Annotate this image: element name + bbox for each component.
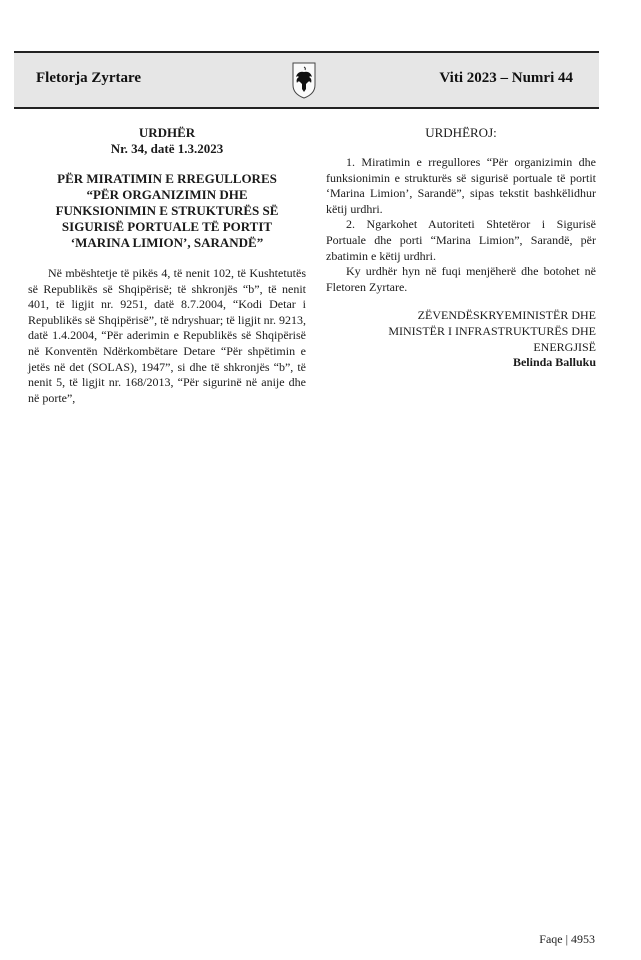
document-title: PËR MIRATIMIN E RREGULLORES “PËR ORGANIZ… (28, 171, 306, 251)
signatory-title-line: ZËVENDËSKRYEMINISTËR DHE (326, 308, 596, 324)
issue-number: Viti 2023 – Numri 44 (439, 70, 573, 87)
signatory-title-line: ENERGJISË (326, 340, 596, 356)
document-title-line: SIGURISË PORTUALE TË PORTIT (28, 219, 306, 235)
publication-name: Fletorja Zyrtare (36, 70, 141, 87)
order-item-2: 2. Ngarkohet Autoriteti Shtetëror i Sigu… (326, 217, 596, 264)
page-header: Fletorja Zyrtare Viti 2023 – Numri 44 (14, 51, 599, 109)
document-title-line: “PËR ORGANIZIMIN DHE (28, 187, 306, 203)
page-number: Faqe | 4953 (539, 932, 595, 947)
signatory-name: Belinda Balluku (326, 355, 596, 371)
document-title-line: PËR MIRATIMIN E RREGULLORES (28, 171, 306, 187)
document-number: Nr. 34, datë 1.3.2023 (28, 141, 306, 157)
document-type: URDHËR (28, 125, 306, 141)
order-item-1: 1. Miratimin e rregullores “Për organizi… (326, 155, 596, 217)
left-column: URDHËR Nr. 34, datë 1.3.2023 PËR MIRATIM… (28, 125, 306, 406)
legal-basis-paragraph: Në mbështetje të pikës 4, të nenit 102, … (28, 266, 306, 406)
document-title-line: ‘MARINA LIMION’, SARANDË” (28, 235, 306, 251)
signatory-title-line: MINISTËR I INFRASTRUKTURËS DHE (326, 324, 596, 340)
order-heading: URDHËROJ: (326, 125, 596, 141)
albanian-coat-of-arms-icon (291, 61, 317, 99)
right-column: URDHËROJ: 1. Miratimin e rregullores “Pë… (326, 125, 596, 371)
document-title-line: FUNKSIONIMIN E STRUKTURËS SË (28, 203, 306, 219)
signature-block: ZËVENDËSKRYEMINISTËR DHE MINISTËR I INFR… (326, 308, 596, 370)
entry-into-force: Ky urdhër hyn në fuqi menjëherë dhe boto… (326, 264, 596, 295)
